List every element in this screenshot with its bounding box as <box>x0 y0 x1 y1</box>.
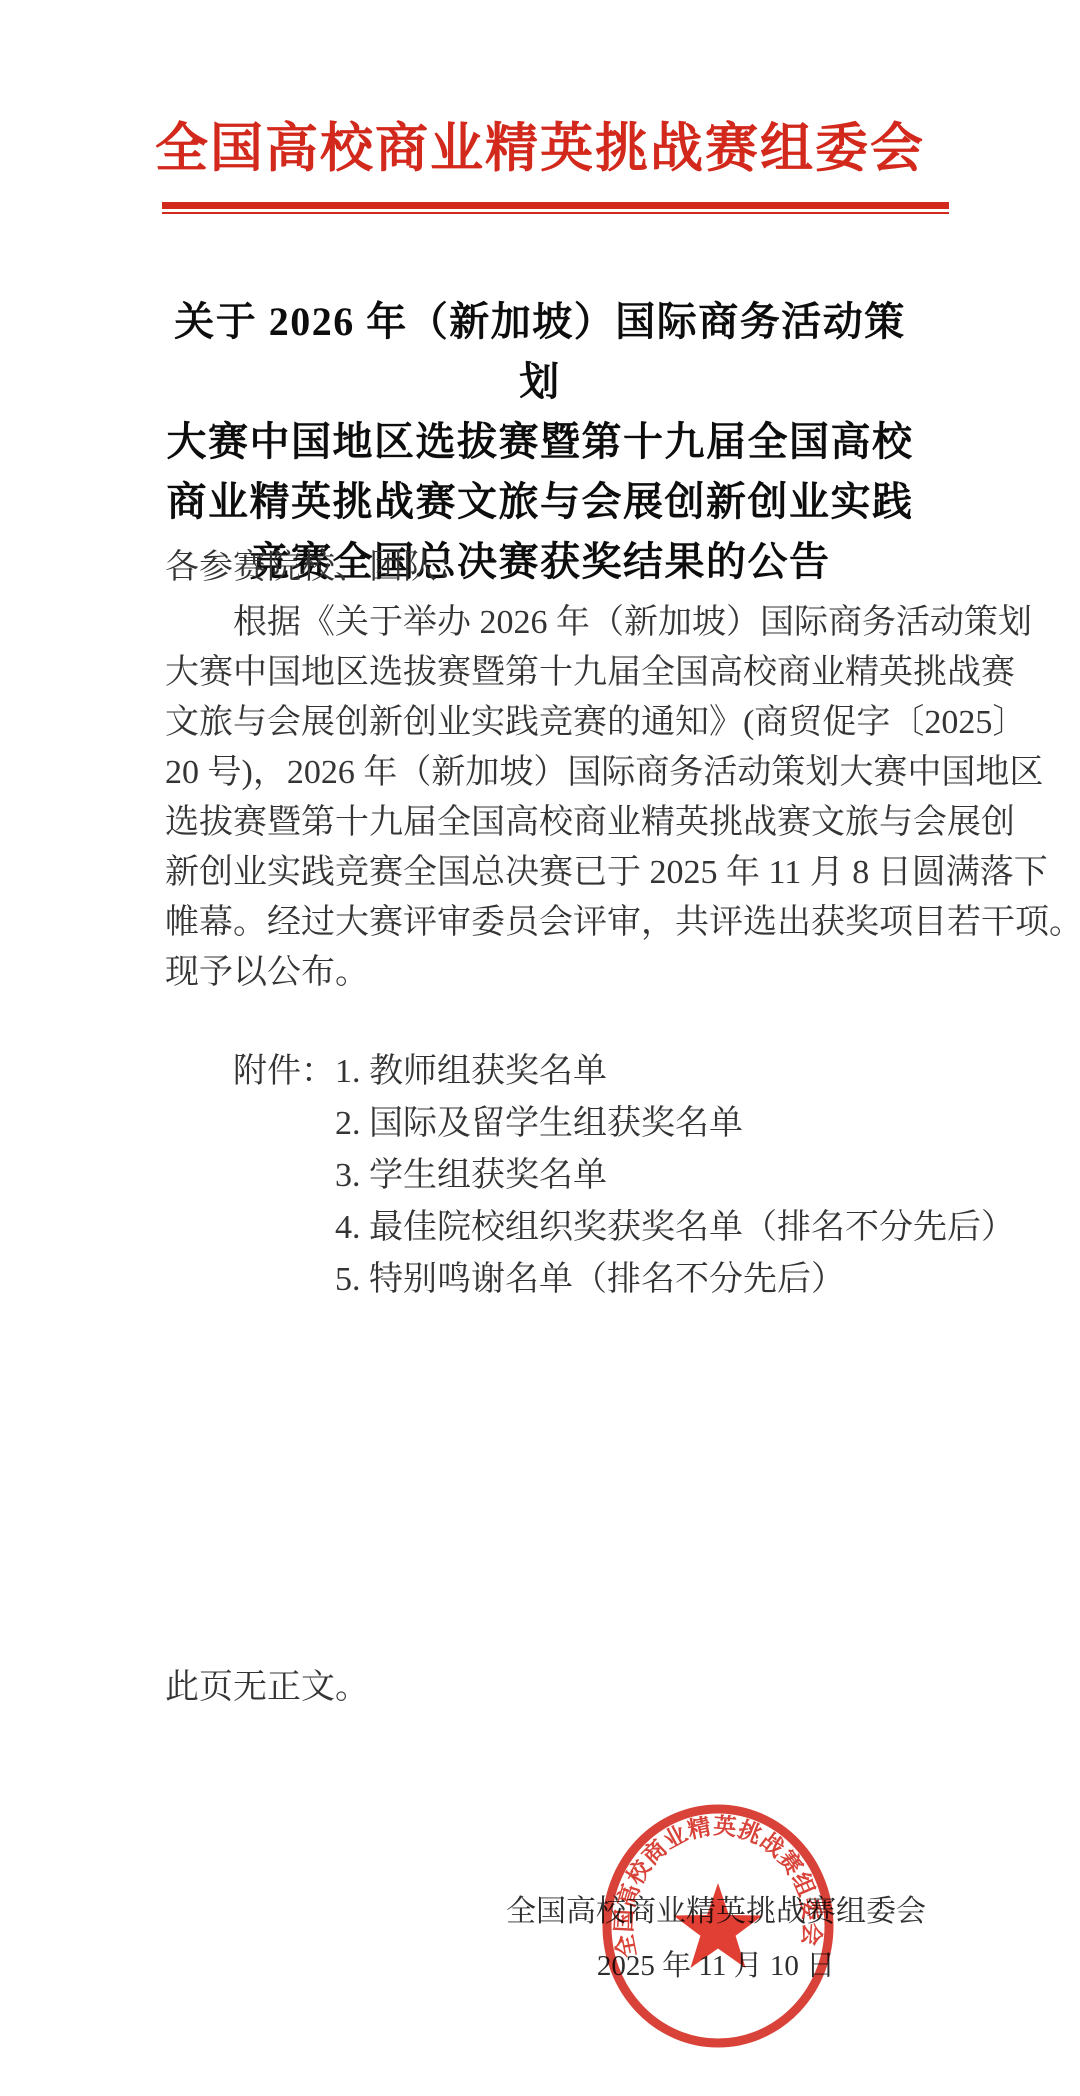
attachment-item: 4. 最佳院校组织奖获奖名单（排名不分先后） <box>335 1202 915 1254</box>
signature-block: 全国高校商业精英挑战赛组委会 2025 年 11 月 10 日 <box>506 1895 926 1983</box>
paragraph-line: 大赛中国地区选拔赛暨第十九届全国高校商业精英挑战赛 <box>165 648 915 698</box>
signature-org-name: 全国高校商业精英挑战赛组委会 <box>506 1895 926 1929</box>
paragraph-line: 20 号)，2026 年（新加坡）国际商务活动策划大赛中国地区 <box>165 748 915 798</box>
attachment-item: 2. 国际及留学生组获奖名单 <box>335 1098 915 1150</box>
body-paragraph: 根据《关于举办 2026 年（新加坡）国际商务活动策划 大赛中国地区选拔赛暨第十… <box>165 598 915 998</box>
signature-date: 2025 年 11 月 10 日 <box>506 1949 926 1983</box>
paragraph-line: 新创业实践竞赛全国总决赛已于 2025 年 11 月 8 日圆满落下 <box>165 848 915 898</box>
attachment-item: 3. 学生组获奖名单 <box>335 1150 915 1202</box>
paragraph-line: 文旅与会展创新创业实践竞赛的通知》(商贸促字〔2025〕 <box>165 698 915 748</box>
paragraph-line: 选拔赛暨第十九届全国高校商业精英挑战赛文旅与会展创 <box>165 798 915 848</box>
title-line: 大赛中国地区选拔赛暨第十九届全国高校 <box>165 412 915 472</box>
paragraph-line: 帷幕。经过大赛评审委员会评审，共评选出获奖项目若干项。 <box>165 898 915 948</box>
divider-thick-line <box>162 202 949 209</box>
document-title: 关于 2026 年（新加坡）国际商务活动策划 大赛中国地区选拔赛暨第十九届全国高… <box>165 292 915 592</box>
attachments-label: 附件： <box>233 1046 335 1098</box>
paragraph-line: 根据《关于举办 2026 年（新加坡）国际商务活动策划 <box>165 598 915 648</box>
letterhead-org-name: 全国高校商业精英挑战赛组委会 <box>0 106 1080 192</box>
letterhead-divider <box>162 202 949 214</box>
divider-thin-line <box>162 212 949 214</box>
announcement-document: 全国高校商业精英挑战赛组委会 关于 2026 年（新加坡）国际商务活动策划 大赛… <box>0 0 1080 2096</box>
attachment-row: 附件：1. 教师组获奖名单 <box>165 1046 915 1098</box>
paragraph-line: 现予以公布。 <box>165 948 915 998</box>
title-line: 关于 2026 年（新加坡）国际商务活动策划 <box>165 292 915 412</box>
attachments-list: 附件：1. 教师组获奖名单 2. 国际及留学生组获奖名单 3. 学生组获奖名单 … <box>165 1046 915 1306</box>
title-line: 商业精英挑战赛文旅与会展创新创业实践 <box>165 472 915 532</box>
salutation: 各参赛院校、团队： <box>165 548 915 588</box>
attachment-item: 5. 特别鸣谢名单（排名不分先后） <box>335 1254 915 1306</box>
attachment-item: 1. 教师组获奖名单 <box>335 1053 607 1090</box>
no-body-text-note: 此页无正文。 <box>165 1662 915 1714</box>
